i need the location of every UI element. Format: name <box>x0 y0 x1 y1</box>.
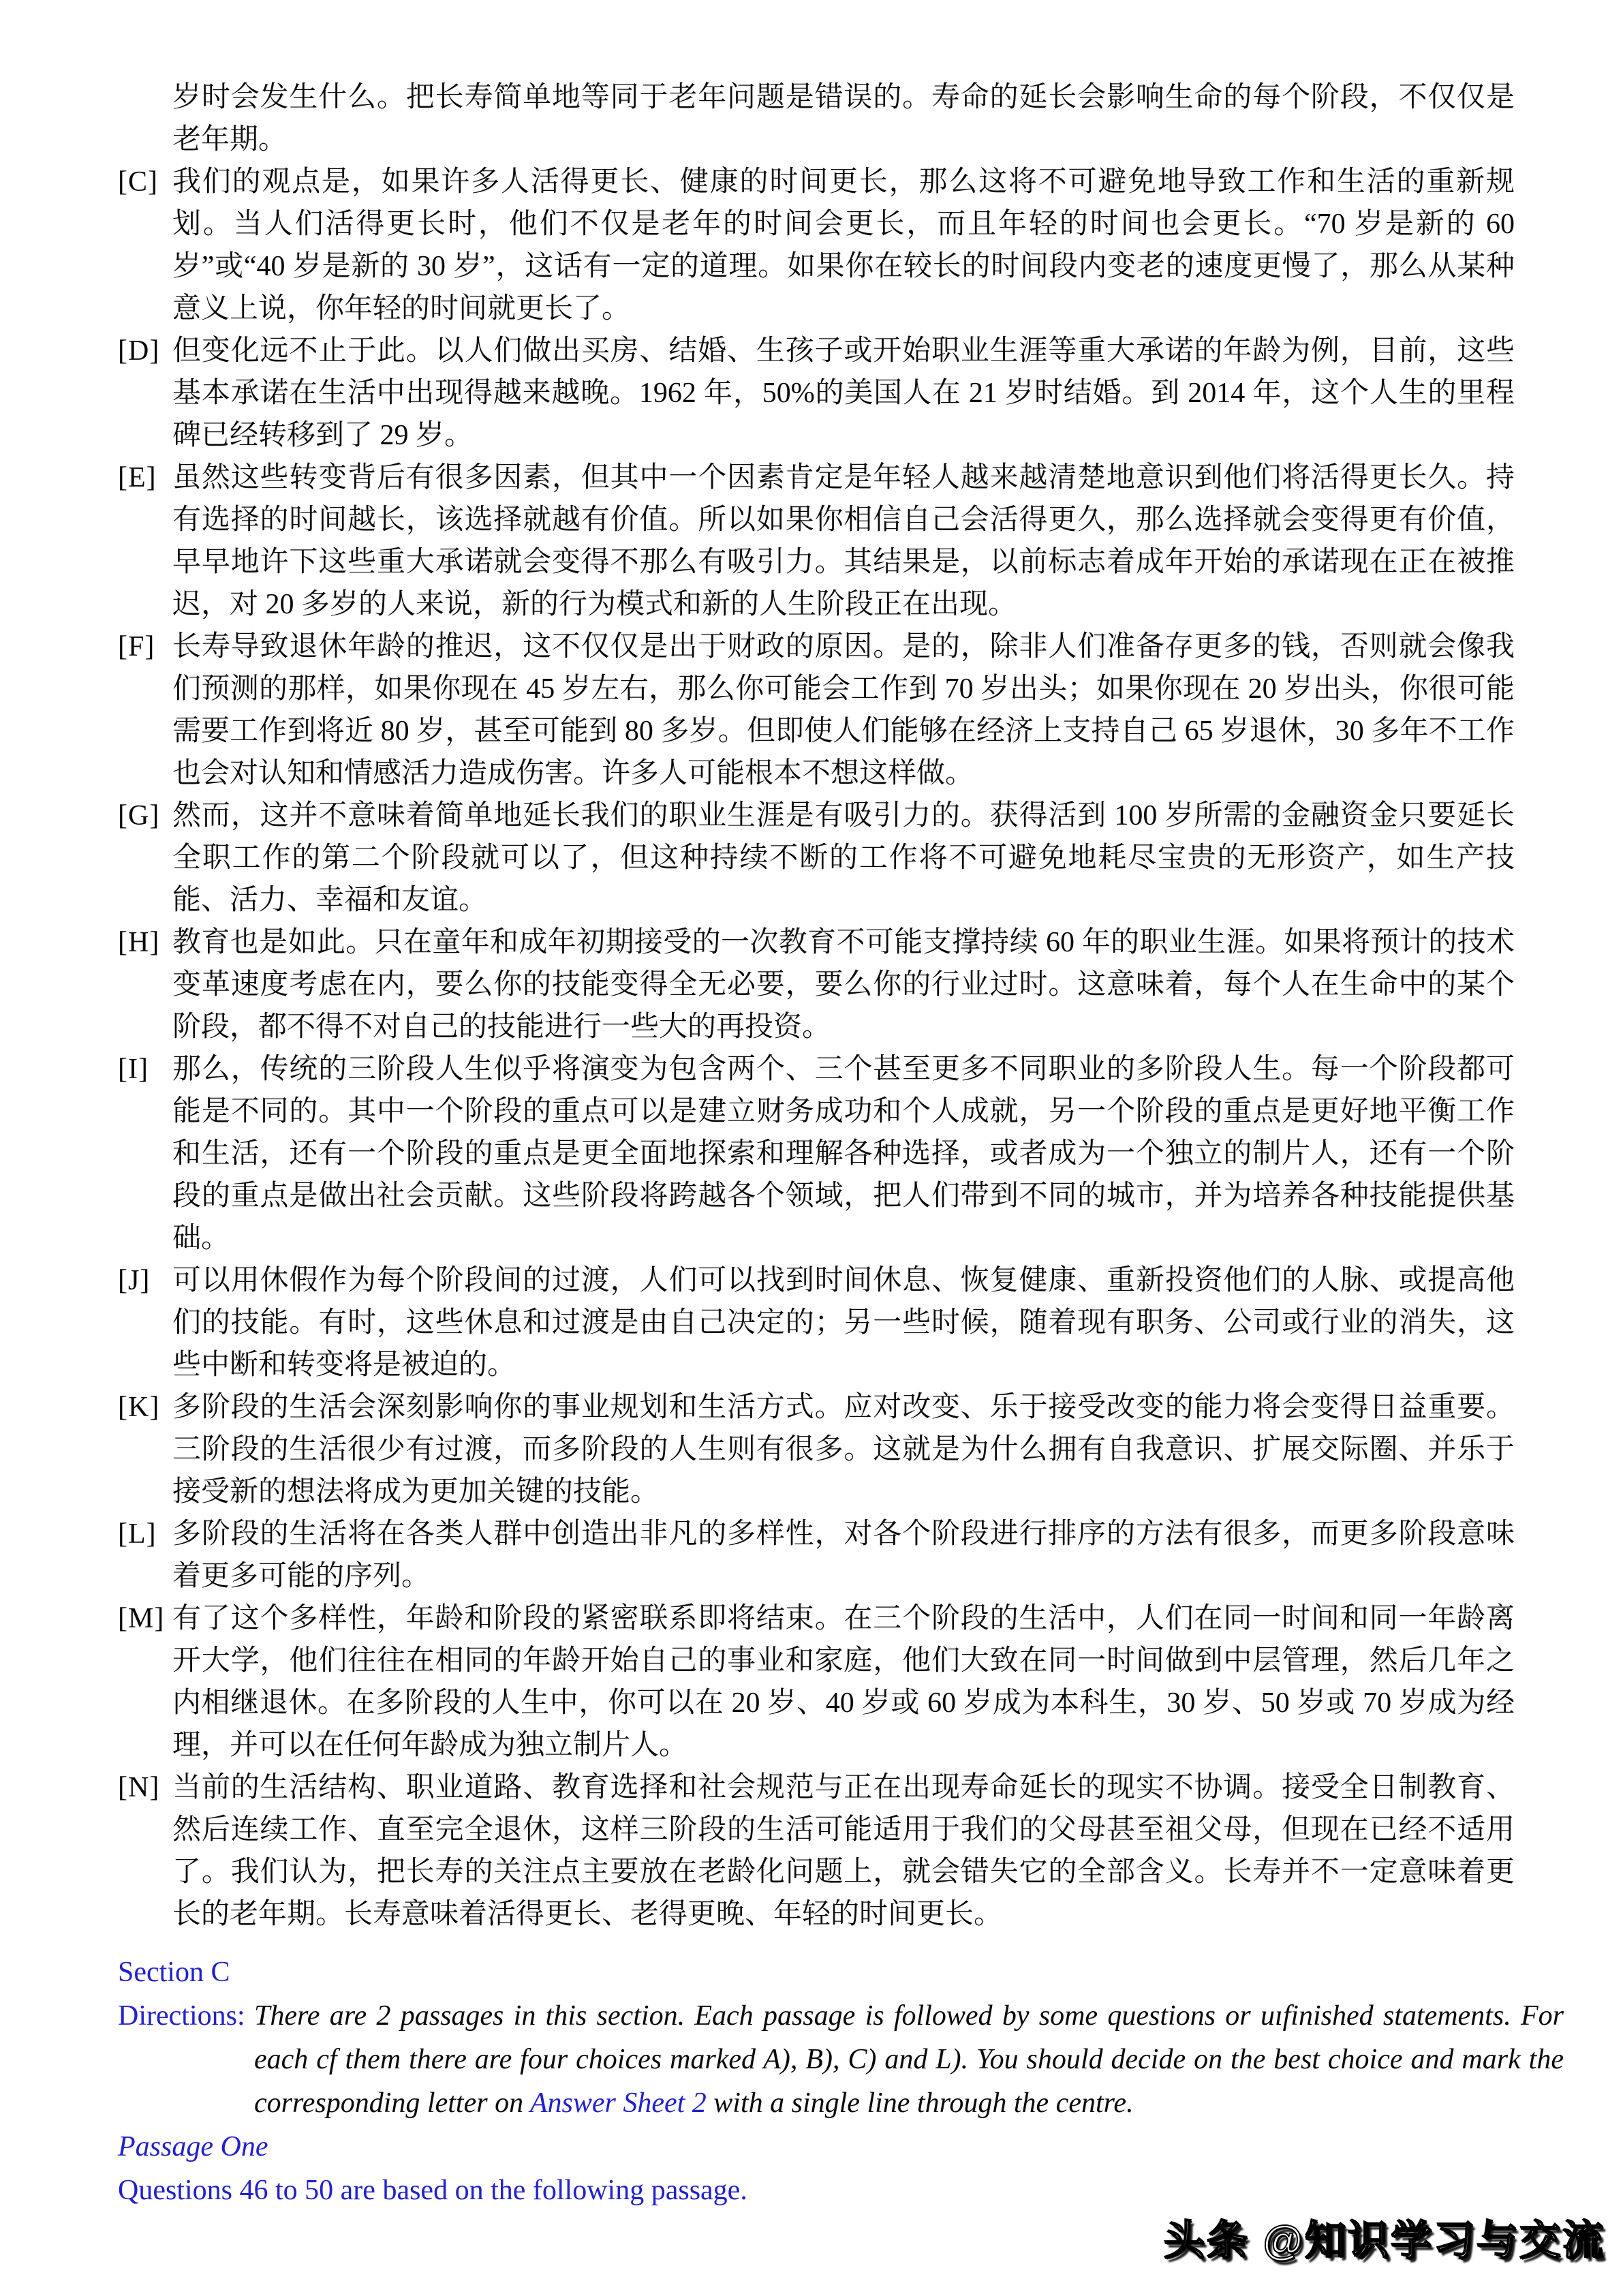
document-page: 岁时会发生什么。把长寿简单地等同于老年问题是错误的。寿命的延长会影响生命的每个阶… <box>0 0 1623 2296</box>
paragraph-label: [H] <box>118 921 159 964</box>
paragraph-label: [E] <box>118 457 157 499</box>
paragraph-label: [C] <box>118 161 158 203</box>
passage-paragraph: [C]我们的观点是，如果许多人活得更长、健康的时间更长，那么这将不可避免地导致工… <box>118 161 1515 330</box>
passage-paragraph: [J]可以用休假作为每个阶段间的过渡，人们可以找到时间休息、恢复健康、重新投资他… <box>118 1259 1515 1386</box>
paragraph-text: 那么，传统的三阶段人生似乎将演变为包含两个、三个甚至更多不同职业的多阶段人生。每… <box>172 1054 1515 1254</box>
paragraph-text: 多阶段的生活会深刻影响你的事业规划和生活方式。应对改变、乐于接受改变的能力将会变… <box>172 1392 1515 1507</box>
passage-paragraph: [N]当前的生活结构、职业道路、教育选择和社会规范与正在出现寿命延长的现实不协调… <box>118 1766 1515 1935</box>
paragraph-label: [I] <box>118 1048 149 1090</box>
paragraph-label: [N] <box>118 1766 159 1809</box>
paragraph-text: 多阶段的生活将在各类人群中创造出非凡的多样性，对各个阶段进行排序的方法有很多，而… <box>172 1518 1515 1592</box>
directions-label: Directions: <box>118 1994 254 2038</box>
passage-paragraph: [D]但变化远不止于此。以人们做出买房、结婚、生孩子或开始职业生涯等重大承诺的年… <box>118 330 1515 457</box>
directions-text-post: with a single line through the centre. <box>707 2087 1134 2119</box>
paragraph-label: [K] <box>118 1386 159 1428</box>
passage-paragraph: [I]那么，传统的三阶段人生似乎将演变为包含两个、三个甚至更多不同职业的多阶段人… <box>118 1048 1515 1259</box>
section-c-block: Section C Directions: There are 2 passag… <box>118 1950 1564 2212</box>
paragraph-label: [G] <box>118 795 159 837</box>
passage-paragraph: [F]长寿导致退休年龄的推迟，这不仅仅是出于财政的原因。是的，除非人们准备存更多… <box>118 626 1515 795</box>
passage-body: 岁时会发生什么。把长寿简单地等同于老年问题是错误的。寿命的延长会影响生命的每个阶… <box>118 76 1515 1935</box>
directions-row: Directions: There are 2 passages in this… <box>118 1994 1564 2125</box>
paragraph-text: 当前的生活结构、职业道路、教育选择和社会规范与正在出现寿命延长的现实不协调。接受… <box>172 1772 1515 1930</box>
paragraph-label: [D] <box>118 330 159 372</box>
paragraph-text: 虽然这些转变背后有很多因素，但其中一个因素肯定是年轻人越来越清楚地意识到他们将活… <box>172 462 1515 620</box>
passage-paragraph: [H]教育也是如此。只在童年和成年初期接受的一次教育不可能支撑持续 60 年的职… <box>118 921 1515 1048</box>
passage-paragraph: 岁时会发生什么。把长寿简单地等同于老年问题是错误的。寿命的延长会影响生命的每个阶… <box>118 76 1515 161</box>
questions-range-line: Questions 46 to 50 are based on the foll… <box>118 2169 1564 2212</box>
directions-text: There are 2 passages in this section. Ea… <box>254 1994 1564 2125</box>
section-title: Section C <box>118 1950 1564 1994</box>
passage-one-heading: Passage One <box>118 2125 1564 2169</box>
paragraph-text: 但变化远不止于此。以人们做出买房、结婚、生孩子或开始职业生涯等重大承诺的年龄为例… <box>172 335 1515 451</box>
paragraph-label: [F] <box>118 626 155 668</box>
paragraph-text: 可以用休假作为每个阶段间的过渡，人们可以找到时间休息、恢复健康、重新投资他们的人… <box>172 1265 1515 1381</box>
watermark-text: 头条 @知识学习与交流 <box>1164 2208 1605 2267</box>
paragraph-label: [L] <box>118 1513 157 1555</box>
paragraph-text: 有了这个多样性，年龄和阶段的紧密联系即将结束。在三个阶段的生活中，人们在同一时间… <box>172 1603 1515 1761</box>
passage-paragraph: [K]多阶段的生活会深刻影响你的事业规划和生活方式。应对改变、乐于接受改变的能力… <box>118 1386 1515 1513</box>
paragraph-text: 然而，这并不意味着简单地延长我们的职业生涯是有吸引力的。获得活到 100 岁所需… <box>172 800 1515 916</box>
passage-paragraph: [G]然而，这并不意味着简单地延长我们的职业生涯是有吸引力的。获得活到 100 … <box>118 795 1515 921</box>
paragraph-text: 长寿导致退休年龄的推迟，这不仅仅是出于财政的原因。是的，除非人们准备存更多的钱，… <box>172 631 1515 789</box>
paragraph-label: [J] <box>118 1259 150 1302</box>
paragraph-text: 我们的观点是，如果许多人活得更长、健康的时间更长，那么这将不可避免地导致工作和生… <box>172 166 1515 324</box>
passage-paragraph: [M]有了这个多样性，年龄和阶段的紧密联系即将结束。在三个阶段的生活中，人们在同… <box>118 1597 1515 1766</box>
passage-paragraph: [E]虽然这些转变背后有很多因素，但其中一个因素肯定是年轻人越来越清楚地意识到他… <box>118 457 1515 626</box>
passage-paragraph: [L]多阶段的生活将在各类人群中创造出非凡的多样性，对各个阶段进行排序的方法有很… <box>118 1513 1515 1597</box>
paragraph-text: 岁时会发生什么。把长寿简单地等同于老年问题是错误的。寿命的延长会影响生命的每个阶… <box>172 82 1515 155</box>
paragraph-label: [M] <box>118 1597 164 1640</box>
paragraph-text: 教育也是如此。只在童年和成年初期接受的一次教育不可能支撑持续 60 年的职业生涯… <box>172 927 1515 1043</box>
answer-sheet-link: Answer Sheet 2 <box>530 2087 707 2119</box>
